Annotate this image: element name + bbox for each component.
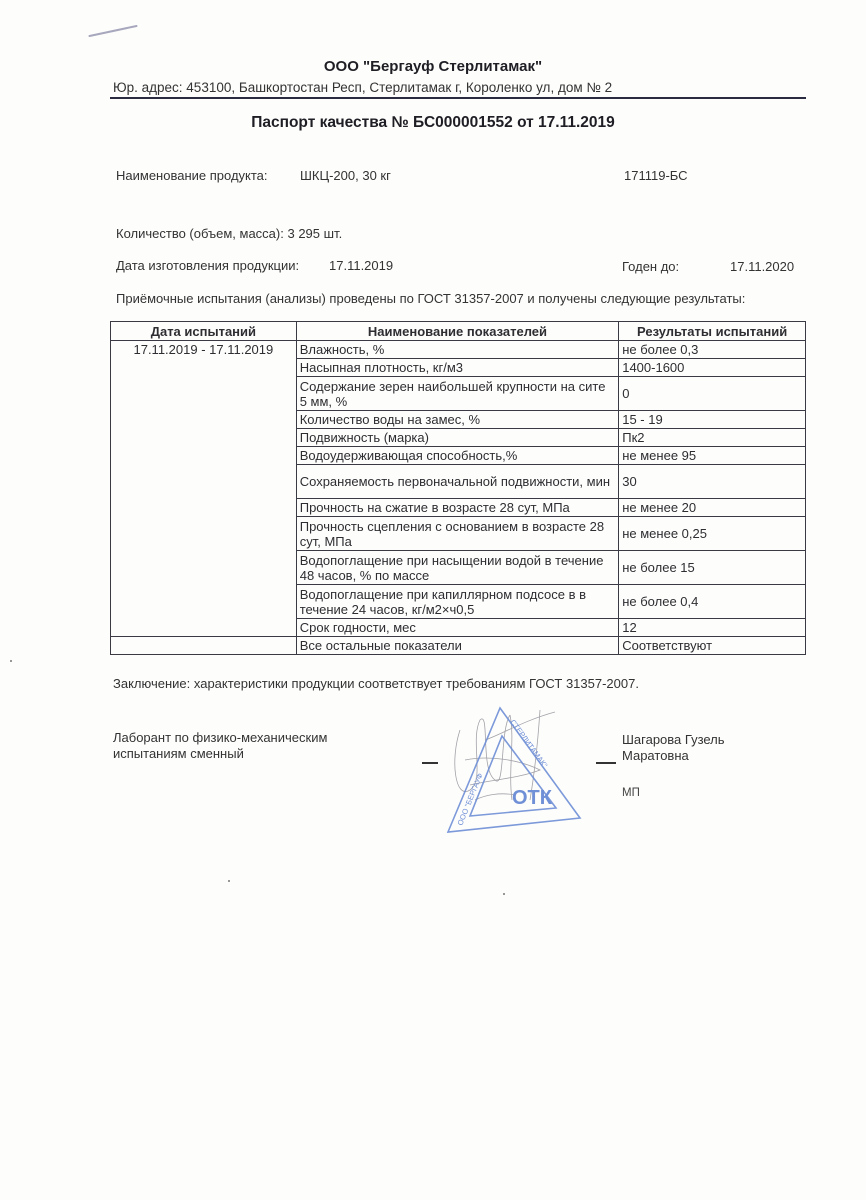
- pen-mark: [88, 25, 137, 37]
- seal-place-label: МП: [622, 787, 640, 799]
- table-row: 17.11.2019 - 17.11.2019 Влажность, % не …: [111, 341, 806, 359]
- header-indicator: Наименование показателей: [296, 322, 619, 341]
- svg-text:СТЕРЛИТАМАК": СТЕРЛИТАМАК": [508, 718, 549, 770]
- header-test-date: Дата испытаний: [111, 322, 297, 341]
- indicator-result: 1400-1600: [619, 359, 806, 377]
- header-divider: [110, 97, 806, 99]
- signature-line-right: [596, 762, 616, 764]
- manufacture-label: Дата изготовления продукции:: [116, 258, 299, 273]
- quantity-row: Количество (объем, масса): 3 295 шт.: [116, 226, 342, 241]
- other-date-cell: [111, 637, 297, 655]
- indicator-name: Насыпная плотность, кг/м3: [296, 359, 619, 377]
- otk-stamp-icon: ОТК ООО "БЕРГАУФ СТЕРЛИТАМАК": [440, 700, 590, 840]
- signer-name: Шагарова Гузель Маратовна: [622, 732, 725, 764]
- svg-text:ОТК: ОТК: [512, 787, 553, 809]
- product-label: Наименование продукта:: [116, 168, 268, 183]
- indicator-name: Все остальные показатели: [296, 637, 619, 655]
- legal-address: Юр. адрес: 453100, Башкортостан Респ, Ст…: [113, 80, 612, 95]
- expiry-label: Годен до:: [622, 259, 679, 274]
- indicator-result: не более 0,4: [619, 585, 806, 619]
- indicator-result: Пк2: [619, 429, 806, 447]
- signer-role-line2: испытаниям сменный: [113, 746, 373, 762]
- indicator-name: Водоудерживающая способность,%: [296, 447, 619, 465]
- conclusion: Заключение: характеристики продукции соо…: [113, 676, 639, 691]
- signer-name-line2: Маратовна: [622, 748, 725, 764]
- indicator-result: 0: [619, 377, 806, 411]
- indicator-result: 30: [619, 465, 806, 499]
- header-result: Результаты испытаний: [619, 322, 806, 341]
- expiry-value: 17.11.2020: [730, 259, 794, 274]
- scan-speck: [228, 880, 230, 882]
- indicator-name: Водопоглащение при капиллярном подсосе в…: [296, 585, 619, 619]
- indicator-name: Прочность сцепления с основанием в возра…: [296, 517, 619, 551]
- table-row-other: Все остальные показатели Соответствуют: [111, 637, 806, 655]
- indicator-name: Влажность, %: [296, 341, 619, 359]
- table-header-row: Дата испытаний Наименование показателей …: [111, 322, 806, 341]
- results-table: Дата испытаний Наименование показателей …: [110, 321, 806, 655]
- quantity-label: Количество (объем, масса):: [116, 226, 284, 241]
- batch-code: 171119-БС: [624, 168, 688, 183]
- indicator-name: Количество воды на замес, %: [296, 411, 619, 429]
- indicator-name: Сохраняемость первоначальной подвижности…: [296, 465, 619, 499]
- document-title: Паспорт качества № БС000001552 от 17.11.…: [0, 114, 866, 132]
- signer-role: Лаборант по физико-механическим испытани…: [113, 730, 373, 762]
- indicator-name: Прочность на сжатие в возрасте 28 сут, М…: [296, 499, 619, 517]
- signer-name-line1: Шагарова Гузель: [622, 732, 725, 748]
- indicator-name: Срок годности, мес: [296, 619, 619, 637]
- scan-speck: [503, 893, 505, 895]
- signer-role-line1: Лаборант по физико-механическим: [113, 730, 373, 746]
- indicator-result: не менее 95: [619, 447, 806, 465]
- quantity-value: 3 295 шт.: [287, 226, 342, 241]
- indicator-name: Водопоглащение при насыщении водой в теч…: [296, 551, 619, 585]
- indicator-name: Содержание зерен наибольшей крупности на…: [296, 377, 619, 411]
- indicator-result: 12: [619, 619, 806, 637]
- indicator-name: Подвижность (марка): [296, 429, 619, 447]
- product-value: ШКЦ-200, 30 кг: [300, 168, 391, 183]
- tests-intro: Приёмочные испытания (анализы) проведены…: [116, 291, 745, 306]
- indicator-result: не менее 20: [619, 499, 806, 517]
- indicator-result: Соответствуют: [619, 637, 806, 655]
- signature-line-left: [422, 762, 438, 764]
- indicator-result: не менее 0,25: [619, 517, 806, 551]
- manufacture-value: 17.11.2019: [329, 258, 393, 273]
- test-date-cell: 17.11.2019 - 17.11.2019: [111, 341, 297, 637]
- scan-speck: [10, 660, 12, 662]
- indicator-result: не более 15: [619, 551, 806, 585]
- company-name: ООО "Бергауф Стерлитамак": [0, 58, 866, 75]
- indicator-result: не более 0,3: [619, 341, 806, 359]
- indicator-result: 15 - 19: [619, 411, 806, 429]
